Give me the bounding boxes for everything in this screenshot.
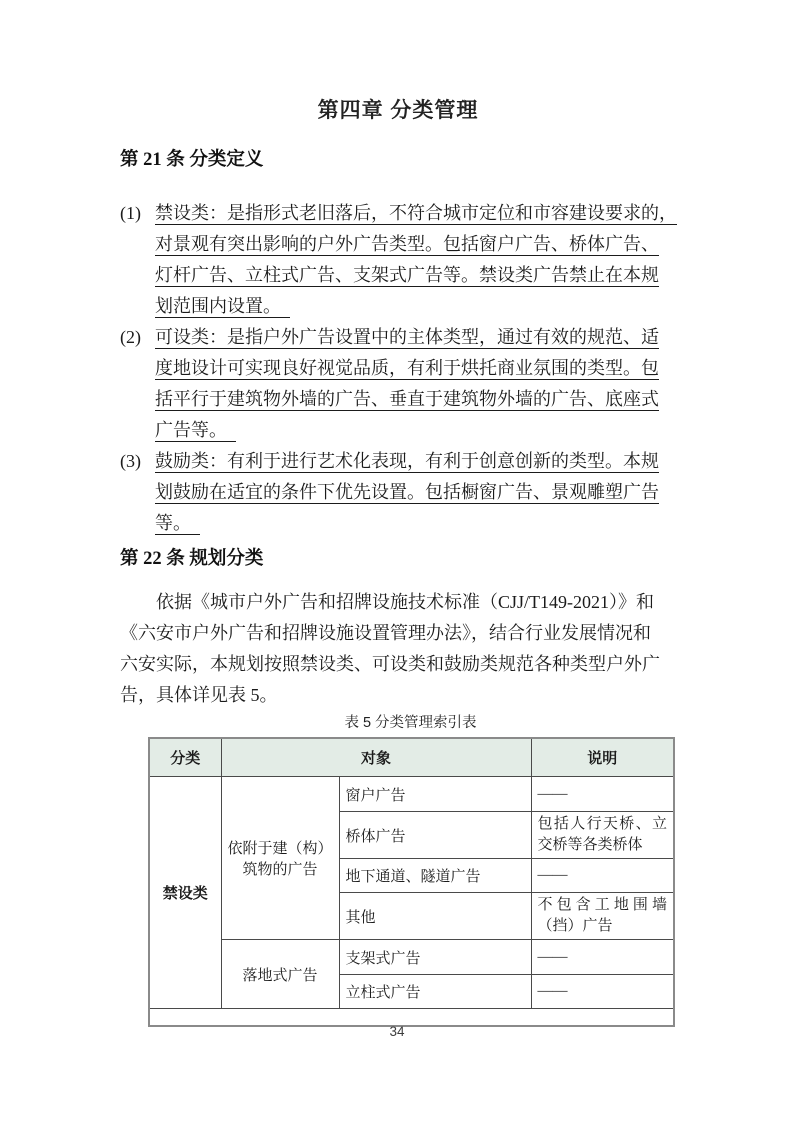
list-item-2: (2) 可设类：是指户外广告设置中的主体类型，通过有效的规范、适 度地设计可实现… bbox=[120, 322, 676, 446]
list-item-line: 划鼓励在适宜的条件下优先设置。包括橱窗广告、景观雕塑广告 bbox=[155, 477, 676, 508]
cell-note: —— bbox=[531, 777, 674, 812]
list-item-number: (1) bbox=[120, 198, 155, 322]
cell-object: 支架式广告 bbox=[339, 940, 531, 975]
cell-object: 地下通道、隧道广告 bbox=[339, 859, 531, 893]
list-item-line: 等。 bbox=[155, 508, 676, 539]
section-21-heading: 第 21 条 分类定义 bbox=[120, 148, 676, 172]
chapter-title: 第四章 分类管理 bbox=[120, 96, 676, 126]
section-22-heading: 第 22 条 规划分类 bbox=[120, 546, 676, 572]
list-item-3: (3) 鼓励类：有利于进行艺术化表现，有利于创意创新的类型。本规 划鼓励在适宜的… bbox=[120, 446, 676, 539]
paragraph-line: 依据《城市户外广告和招牌设施技术标准（CJJ/T149-2021）》和 bbox=[120, 587, 676, 618]
header-cell-object: 对象 bbox=[221, 738, 531, 777]
list-item-text: 鼓励类：有利于进行艺术化表现，有利于创意创新的类型。本规 划鼓励在适宜的条件下优… bbox=[155, 446, 676, 539]
section-22-paragraph: 依据《城市户外广告和招牌设施技术标准（CJJ/T149-2021）》和 《六安市… bbox=[120, 587, 676, 711]
classification-table: 分类 对象 说明 禁设类 依附于建（构）筑物的广告 窗户广告 —— 桥体广告 包… bbox=[148, 737, 675, 1027]
table-empty-row bbox=[149, 1009, 674, 1026]
list-item-1: (1) 禁设类：是指形式老旧落后，不符合城市定位和市容建设要求的， 对景观有突出… bbox=[120, 198, 676, 322]
list-item-line: 灯杆广告、立柱式广告、支架式广告等。禁设类广告禁止在本规 bbox=[155, 260, 676, 291]
paragraph-line: 告，具体详见表 5。 bbox=[120, 680, 676, 711]
table-row: 禁设类 依附于建（构）筑物的广告 窗户广告 —— bbox=[149, 777, 674, 812]
cell-object: 其他 bbox=[339, 893, 531, 940]
empty-cell bbox=[149, 1009, 674, 1026]
paragraph-line: 《六安市户外广告和招牌设施设置管理办法》，结合行业发展情况和 bbox=[120, 618, 676, 649]
list-item-line: 广告等。 bbox=[155, 415, 676, 446]
list-item-line: 对景观有突出影响的户外广告类型。包括窗户广告、桥体广告、 bbox=[155, 229, 676, 260]
list-item-line: 禁设类：是指形式老旧落后，不符合城市定位和市容建设要求的， bbox=[155, 198, 676, 229]
cell-note: 包括人行天桥、立交桥等各类桥体 bbox=[531, 812, 674, 859]
cell-note: —— bbox=[531, 940, 674, 975]
cell-object: 桥体广告 bbox=[339, 812, 531, 859]
cell-note: —— bbox=[531, 975, 674, 1009]
list-item-text: 可设类：是指户外广告设置中的主体类型，通过有效的规范、适 度地设计可实现良好视觉… bbox=[155, 322, 676, 446]
cell-category: 禁设类 bbox=[149, 777, 221, 1009]
header-cell-note: 说明 bbox=[531, 738, 674, 777]
list-item-line: 鼓励类：有利于进行艺术化表现，有利于创意创新的类型。本规 bbox=[155, 446, 676, 477]
list-item-number: (2) bbox=[120, 322, 155, 446]
header-cell-category: 分类 bbox=[149, 738, 221, 777]
list-item-line: 划范围内设置。 bbox=[155, 291, 676, 322]
cell-note: —— bbox=[531, 859, 674, 893]
list-item-line: 括平行于建筑物外墙的广告、垂直于建筑物外墙的广告、底座式 bbox=[155, 384, 676, 415]
list-item-text: 禁设类：是指形式老旧落后，不符合城市定位和市容建设要求的， 对景观有突出影响的户… bbox=[155, 198, 676, 322]
list-item-line: 度地设计可实现良好视觉品质，有利于烘托商业氛围的类型。包 bbox=[155, 353, 676, 384]
cell-group-attached: 依附于建（构）筑物的广告 bbox=[221, 777, 339, 940]
page-content: 第四章 分类管理 第 21 条 分类定义 (1) 禁设类：是指形式老旧落后，不符… bbox=[0, 0, 794, 1027]
page-number: 34 bbox=[0, 1024, 794, 1039]
cell-group-ground: 落地式广告 bbox=[221, 940, 339, 1009]
definition-list: (1) 禁设类：是指形式老旧落后，不符合城市定位和市容建设要求的， 对景观有突出… bbox=[120, 198, 676, 539]
cell-object: 窗户广告 bbox=[339, 777, 531, 812]
cell-note: 不包含工地围墙（挡）广告 bbox=[531, 893, 674, 940]
cell-object: 立柱式广告 bbox=[339, 975, 531, 1009]
list-item-number: (3) bbox=[120, 446, 155, 539]
table-caption: 表 5 分类管理索引表 bbox=[148, 714, 673, 733]
paragraph-line: 六安实际，本规划按照禁设类、可设类和鼓励类规范各种类型户外广 bbox=[120, 649, 676, 680]
document-page: 第四章 分类管理 第 21 条 分类定义 (1) 禁设类：是指形式老旧落后，不符… bbox=[0, 0, 794, 1122]
table-header-row: 分类 对象 说明 bbox=[149, 738, 674, 777]
list-item-line: 可设类：是指户外广告设置中的主体类型，通过有效的规范、适 bbox=[155, 322, 676, 353]
table-row: 落地式广告 支架式广告 —— bbox=[149, 940, 674, 975]
